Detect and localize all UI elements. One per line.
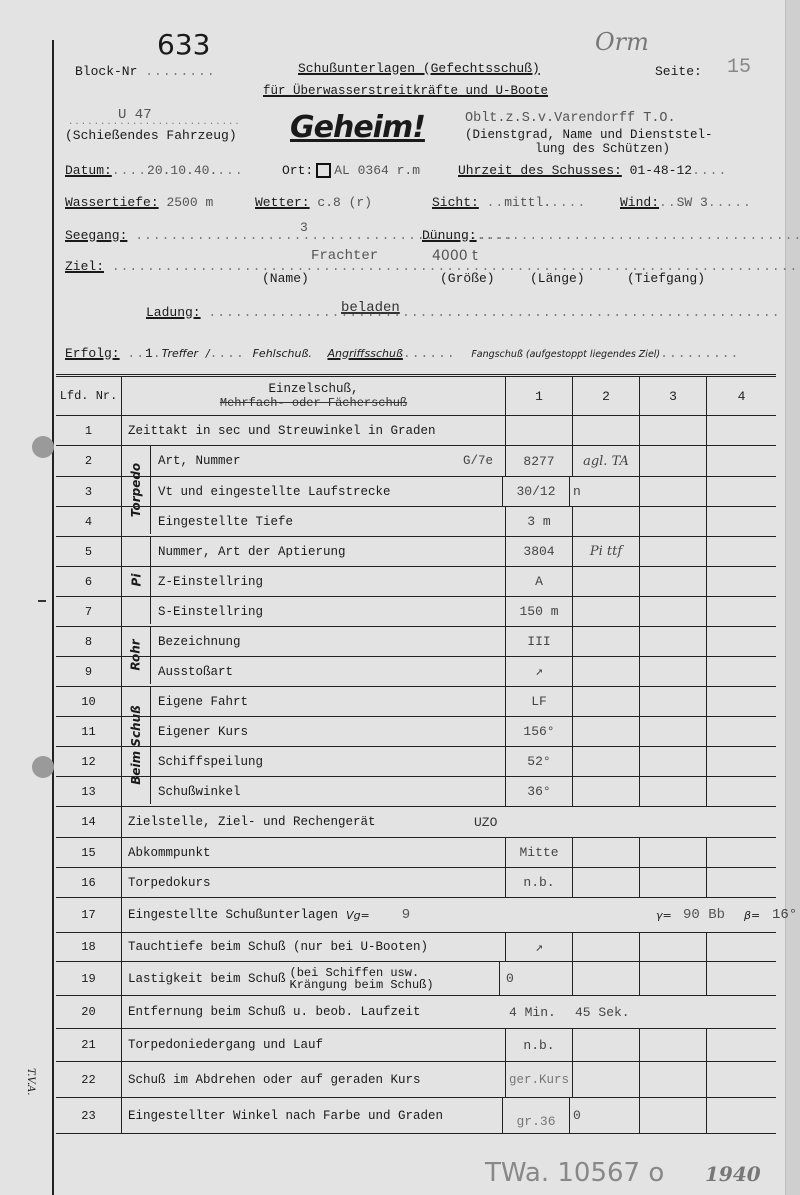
row-v3 xyxy=(639,627,706,656)
row-v2 xyxy=(572,868,639,897)
row-v1: n.b. xyxy=(505,868,572,897)
row-nr: 19 xyxy=(56,962,122,995)
row-v3 xyxy=(639,597,706,626)
row-v4 xyxy=(706,627,776,656)
row-nr: 22 xyxy=(56,1062,122,1097)
row-v1: Mitte xyxy=(505,838,572,867)
table-row: 16 Torpedokurs n.b. xyxy=(56,868,776,898)
row-v1: III xyxy=(505,627,572,656)
row-v3 xyxy=(639,537,706,566)
row-v4 xyxy=(706,446,776,476)
row-v3 xyxy=(639,777,706,806)
shooter-label-1: (Dienstgrad, Name und Dienststel- xyxy=(465,128,713,142)
row-v4 xyxy=(706,777,776,806)
row-v4 xyxy=(706,567,776,596)
row-v4 xyxy=(706,868,776,897)
table-row: 15 Abkommpunkt Mitte xyxy=(56,838,776,868)
row-v3 xyxy=(639,657,706,686)
row-v1: 8277 xyxy=(505,446,572,476)
row-nr: 15 xyxy=(56,838,122,867)
row-v3 xyxy=(639,567,706,596)
row-desc: Nummer, Art der Aptierung xyxy=(122,537,505,566)
row-desc: Torpedoniedergang und Lauf xyxy=(122,1029,505,1061)
col-desc-header: Einzelschuß, Mehrfach- oder Fächerschuß xyxy=(122,377,505,415)
row-v1: 3 m xyxy=(505,507,572,536)
table-row: 20 Entfernung beim Schuß u. beob. Laufze… xyxy=(56,996,776,1029)
block-label: Block-Nr ........ xyxy=(75,64,216,79)
initials: Orm xyxy=(595,28,649,56)
row-v1: 30/12 xyxy=(502,477,569,506)
row-v4 xyxy=(706,1098,776,1133)
table-row: 3 Vt und eingestellte Laufstrecke 30/12 … xyxy=(56,477,776,507)
row-v2 xyxy=(572,416,639,445)
row-v2 xyxy=(572,657,639,686)
row-desc: Schußwinkel xyxy=(122,777,505,806)
row-desc: Eingestellter Winkel nach Farbe und Grad… xyxy=(122,1098,502,1133)
table-row: 22 Schuß im Abdrehen oder auf geraden Ku… xyxy=(56,1062,776,1098)
row-desc: Zeittakt in sec und Streuwinkel in Grade… xyxy=(122,416,505,445)
row-v4 xyxy=(706,1029,776,1061)
row-v1: 3804 xyxy=(505,537,572,566)
row-v4 xyxy=(707,996,776,1028)
row-nr: 21 xyxy=(56,1029,122,1061)
row-v1: 156° xyxy=(505,717,572,746)
row-v2 xyxy=(572,567,639,596)
row-v3 xyxy=(639,416,706,445)
ziel-sub-tiefgang: (Tiefgang) xyxy=(627,271,705,286)
vg-label: Vg= xyxy=(346,909,370,922)
row-v3 xyxy=(639,446,706,476)
row-v2 xyxy=(572,1062,639,1097)
ziel-groesse-value: 4000 t xyxy=(432,248,478,264)
wind-value: SW 3 xyxy=(677,195,708,210)
row-nr: 7 xyxy=(56,597,122,626)
table-row: 9 Ausstoßart ↗ xyxy=(56,657,776,687)
uhrzeit-value: 01-48-12 xyxy=(630,163,692,178)
table-row: 1 Zeittakt in sec und Streuwinkel in Gra… xyxy=(56,416,776,446)
row-desc: Abkommpunkt xyxy=(122,838,505,867)
row-v1: 0 xyxy=(499,962,572,995)
row-v3 xyxy=(639,687,706,716)
row-v1 xyxy=(505,416,572,445)
gamma-value: 90 Bb xyxy=(683,907,725,923)
desc-note-2: Krängung beim Schuß) xyxy=(290,979,434,991)
row-v3 xyxy=(639,933,706,961)
row-desc: Lastigkeit beim Schuß (bei Schiffen usw.… xyxy=(122,962,499,995)
row-v2: n xyxy=(569,477,639,506)
grouped-rows: Torpedo Pi Rohr Beim Schuß 2 Art, Nummer… xyxy=(56,446,776,807)
row-nr: 1 xyxy=(56,416,122,445)
table-row: 10 Eigene Fahrt LF xyxy=(56,687,776,717)
header-desc-line1: Einzelschuß, xyxy=(268,382,358,396)
row-nr: 4 xyxy=(56,507,122,536)
row-v4 xyxy=(706,537,776,566)
page-label: Seite: xyxy=(655,64,702,79)
row-v4 xyxy=(706,962,776,995)
shooter-label-2: lung des Schützen) xyxy=(535,142,670,156)
row-v4 xyxy=(706,717,776,746)
desc-note-1: (bei Schiffen usw. xyxy=(290,967,434,979)
margin-tick xyxy=(38,600,46,602)
row-v1: n.b. xyxy=(505,1029,572,1061)
row-desc: Eingestellte Schußunterlagen Vg= 9 γ= 90… xyxy=(122,898,776,932)
form-subtitle: für Überwasserstreitkräfte und U-Boote xyxy=(263,84,548,98)
row-v3 xyxy=(639,507,706,536)
row-v2 xyxy=(572,717,639,746)
row-nr: 5 xyxy=(56,537,122,566)
row-v4 xyxy=(706,933,776,961)
row-v3 xyxy=(639,868,706,897)
row-v2 xyxy=(572,687,639,716)
col-3-header: 3 xyxy=(639,377,706,415)
row-v1: 36° xyxy=(505,777,572,806)
row-v2 xyxy=(572,507,639,536)
seegang-value: 3 xyxy=(300,220,308,235)
sicht-value: mittl. xyxy=(504,195,551,210)
ladung-value: beladen xyxy=(341,300,400,316)
table-row: 18 Tauchtiefe beim Schuß (nur bei U-Boot… xyxy=(56,933,776,962)
table-row: 17 Eingestellte Schußunterlagen Vg= 9 γ=… xyxy=(56,898,776,933)
row-nr: 9 xyxy=(56,657,122,686)
table-row: 6 Z-Einstellring A xyxy=(56,567,776,597)
vg-value: 9 xyxy=(402,907,410,923)
dotted-line: ........................... xyxy=(68,117,241,127)
row-v4 xyxy=(706,687,776,716)
row-nr: 13 xyxy=(56,777,122,806)
archive-stamp: TWa. 10567 o xyxy=(485,1158,664,1188)
row-v1: gr.36 xyxy=(502,1098,569,1133)
row-v1: ↗ xyxy=(505,657,572,686)
col-4-header: 4 xyxy=(706,377,776,415)
col-nr-header: Lfd. Nr. xyxy=(56,377,122,415)
row-desc: Ausstoßart xyxy=(122,657,505,686)
row-desc: Zielstelle, Ziel- und RechengerätUZO xyxy=(122,807,776,837)
archive-year: 1940 xyxy=(705,1162,761,1186)
row-nr: 10 xyxy=(56,687,122,716)
row-v1: ger.Kurs xyxy=(505,1062,572,1097)
row-v2 xyxy=(572,838,639,867)
table-row: 11 Eigener Kurs 156° xyxy=(56,717,776,747)
erfolg-row: Erfolg: ..1.Treffer /.... Fehlschuß. Ang… xyxy=(65,346,739,361)
row-v4 xyxy=(706,747,776,776)
row-desc: Entfernung beim Schuß u. beob. Laufzeit xyxy=(122,996,509,1028)
row-v1: 52° xyxy=(505,747,572,776)
ziel-name-value: Frachter xyxy=(311,248,378,264)
classification-stamp: Geheim! xyxy=(290,110,425,145)
table-header: Lfd. Nr. Einzelschuß, Mehrfach- oder Fäc… xyxy=(56,377,776,416)
row-v3 xyxy=(639,477,706,506)
row-v2 xyxy=(572,627,639,656)
table-row: 7 S-Einstellring 150 m xyxy=(56,597,776,627)
row-desc: Schuß im Abdrehen oder auf geraden Kurs xyxy=(122,1062,505,1097)
table-row: 21 Torpedoniedergang und Lauf n.b. xyxy=(56,1029,776,1062)
row-v2 xyxy=(572,933,639,961)
row-nr: 2 xyxy=(56,446,122,476)
row-nr: 12 xyxy=(56,747,122,776)
row-desc: Z-Einstellring xyxy=(122,567,505,596)
row-desc: Art, NummerG/7e xyxy=(122,446,505,476)
row-v2: Pi ttf xyxy=(572,537,639,566)
row-v1: ↗ xyxy=(505,933,572,961)
treffer-count: 1 xyxy=(145,346,153,361)
wassertiefe-row: Wassertiefe: 2500 m xyxy=(65,195,213,210)
row-v2 xyxy=(572,777,639,806)
shooter-value: Oblt.z.S.v.Varendorff T.O. xyxy=(465,111,676,126)
row-desc: Schiffspeilung xyxy=(122,747,505,776)
row-nr: 18 xyxy=(56,933,122,961)
form-title: Schußunterlagen (Gefechtsschuß) xyxy=(298,61,540,76)
row-desc: Torpedokurs xyxy=(122,868,505,897)
punch-hole xyxy=(32,756,54,778)
row-nr: 6 xyxy=(56,567,122,596)
beta-value: 16° xyxy=(772,907,797,923)
datum-value: 20.10.40. xyxy=(147,163,217,178)
table-row: 5 Nummer, Art der Aptierung 3804 Pi ttf xyxy=(56,537,776,567)
page-edge xyxy=(785,0,800,1195)
row-v3 xyxy=(639,1029,706,1061)
wassertiefe-value: 2500 m xyxy=(166,195,213,210)
margin-line xyxy=(52,40,54,1195)
table-row: 2 Art, NummerG/7e 8277 agl. TA xyxy=(56,446,776,477)
row-v3 xyxy=(641,996,707,1028)
row-v2 xyxy=(572,962,639,995)
col-1-header: 1 xyxy=(505,377,572,415)
row-v1: A xyxy=(505,567,572,596)
row-nr: 16 xyxy=(56,868,122,897)
aiming-device: UZO xyxy=(474,815,497,830)
row-v4 xyxy=(706,657,776,686)
row-v4 xyxy=(706,477,776,506)
row-desc: S-Einstellring xyxy=(122,597,505,626)
row-v3 xyxy=(639,747,706,776)
torpedo-type: G/7e xyxy=(463,454,493,468)
row-v4 xyxy=(706,1062,776,1097)
row-v2 xyxy=(572,747,639,776)
row-v4 xyxy=(706,597,776,626)
row-v2: 45 Sek. xyxy=(575,996,641,1028)
ziel-sub-name: (Name) xyxy=(262,271,309,286)
row-desc: Bezeichnung xyxy=(122,627,505,656)
row-v1: 4 Min. xyxy=(509,996,575,1028)
gamma-label: γ= xyxy=(656,909,672,922)
table-row: 8 Bezeichnung III xyxy=(56,627,776,657)
ziel-sub-groesse: (Größe) xyxy=(440,271,495,286)
row-desc: Eingestellte Tiefe xyxy=(122,507,505,536)
wind-row: Wind:..SW 3..... xyxy=(620,195,752,210)
row-v2 xyxy=(572,597,639,626)
ort-row: Ort:AL 0364 r.m xyxy=(282,163,420,178)
row-nr: 20 xyxy=(56,996,122,1028)
row-v4 xyxy=(706,838,776,867)
row-v2: agl. TA xyxy=(572,446,639,476)
square-icon xyxy=(316,163,331,178)
ziel-sub-laenge: (Länge) xyxy=(530,271,585,286)
uhrzeit-row: Uhrzeit des Schusses: 01-48-12.... xyxy=(458,163,727,178)
sicht-row: Sicht: ..mittl..... xyxy=(432,195,586,210)
punch-hole xyxy=(32,436,54,458)
table-row: 12 Schiffspeilung 52° xyxy=(56,747,776,777)
row-desc: Tauchtiefe beim Schuß (nur bei U-Booten) xyxy=(122,933,505,961)
table-row: 14 Zielstelle, Ziel- und RechengerätUZO xyxy=(56,807,776,838)
row-v4 xyxy=(706,507,776,536)
row-v1: 150 m xyxy=(505,597,572,626)
row-v4 xyxy=(706,416,776,445)
side-mark: T.V.A. xyxy=(25,1068,36,1095)
wetter-value: c.8 (r) xyxy=(317,195,372,210)
row-nr: 23 xyxy=(56,1098,122,1133)
block-number: 633 xyxy=(157,28,210,61)
row-v3 xyxy=(639,1062,706,1097)
row-desc: Eigener Kurs xyxy=(122,717,505,746)
row-desc: Eigene Fahrt xyxy=(122,687,505,716)
row-v3 xyxy=(639,1098,706,1133)
header-desc-line2: Mehrfach- oder Fächerschuß xyxy=(220,396,407,410)
table-row: 23 Eingestellter Winkel nach Farbe und G… xyxy=(56,1098,776,1134)
duenung-row: Dünung:.................................… xyxy=(422,228,800,243)
row-v2: 0 xyxy=(569,1098,639,1133)
datum-row: Datum:....20.10.40.... xyxy=(65,163,244,178)
row-v3 xyxy=(639,838,706,867)
table-row: 13 Schußwinkel 36° xyxy=(56,777,776,807)
col-2-header: 2 xyxy=(572,377,639,415)
row-v3 xyxy=(639,717,706,746)
row-desc: Vt und eingestellte Laufstrecke xyxy=(122,477,502,506)
row-nr: 3 xyxy=(56,477,122,506)
row-v2 xyxy=(572,1029,639,1061)
shot-data-table: Lfd. Nr. Einzelschuß, Mehrfach- oder Fäc… xyxy=(56,374,776,1134)
row-nr: 14 xyxy=(56,807,122,837)
table-row: 19 Lastigkeit beim Schuß (bei Schiffen u… xyxy=(56,962,776,996)
ladung-row: Ladung: ................................… xyxy=(146,305,781,320)
page-number: 15 xyxy=(727,56,751,79)
row-v3 xyxy=(639,962,706,995)
row-nr: 11 xyxy=(56,717,122,746)
row-nr: 8 xyxy=(56,627,122,656)
vessel-label: (Schießendes Fahrzeug) xyxy=(65,128,237,143)
table-row: 4 Eingestellte Tiefe 3 m xyxy=(56,507,776,537)
ort-value: AL 0364 r.m xyxy=(334,163,420,178)
beta-label: β= xyxy=(744,909,760,922)
wetter-row: Wetter: c.8 (r) xyxy=(255,195,372,210)
row-v1: LF xyxy=(505,687,572,716)
row-nr: 17 xyxy=(56,898,122,932)
